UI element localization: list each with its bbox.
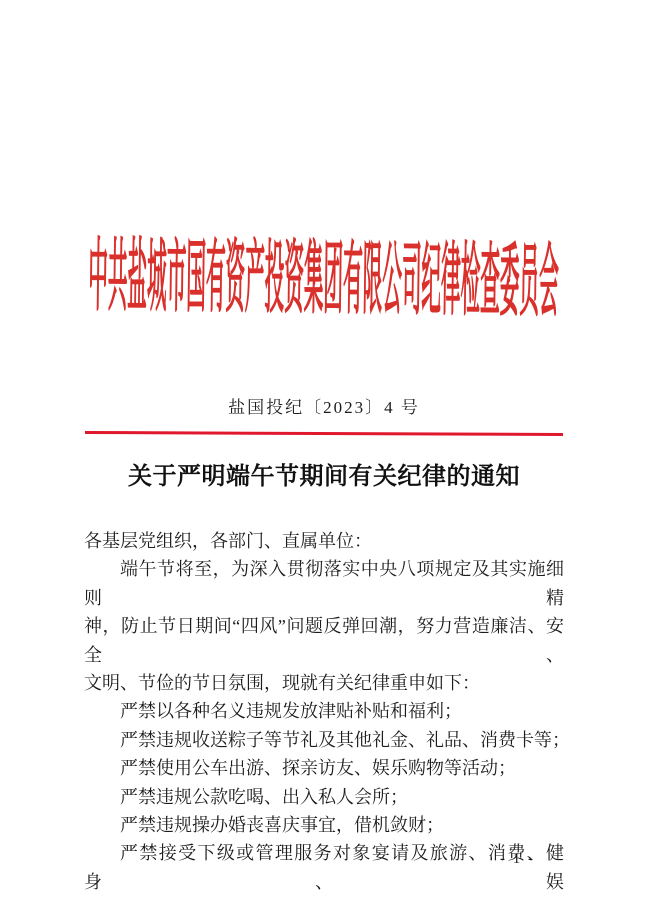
body-line-rule-1: 严禁以各种名义违规发放津贴补贴和福利；	[84, 697, 564, 725]
red-separator-line	[85, 431, 563, 436]
body-line-salutation: 各基层党组织，各部门、直属单位：	[84, 527, 564, 555]
body-line-rule-5: 严禁违规操办婚丧喜庆事宜，借机敛财；	[84, 811, 564, 839]
letterhead-title: 中共盐城市国有资产投资集团有限公司纪律检查委员会	[88, 235, 559, 325]
body-line: 文明、节俭的节日氛围，现就有关纪律重申如下：	[84, 669, 564, 697]
letterhead-banner: 中共盐城市国有资产投资集团有限公司纪律检查委员会	[0, 238, 648, 326]
document-page: 中共盐城市国有资产投资集团有限公司纪律检查委员会 盐国投纪〔2023〕4 号 关…	[0, 0, 648, 916]
body-line-rule-6: 严禁接受下级或管理服务对象宴请及旅游、消费、健身、娱	[84, 839, 564, 896]
body-line-rule-4: 严禁违规公款吃喝、出入私人会所；	[84, 783, 564, 811]
body-line: 神，防止节日期间“四风”问题反弹回潮，努力营造廉洁、安全、	[84, 612, 564, 669]
document-number: 盐国投纪〔2023〕4 号	[0, 397, 648, 419]
body-line-rule-2: 严禁违规收送粽子等节礼及其他礼金、礼品、消费卡等；	[84, 726, 564, 754]
body-line-rule-3: 严禁使用公车出游、探亲访友、娱乐购物等活动；	[84, 754, 564, 782]
page-number: - 1 -	[500, 849, 535, 869]
document-title: 关于严明端午节期间有关纪律的通知	[0, 461, 648, 493]
document-body: 各基层党组织，各部门、直属单位： 端午节将至，为深入贯彻落实中央八项规定及其实施…	[84, 527, 564, 896]
body-line: 端午节将至，为深入贯彻落实中央八项规定及其实施细则精	[84, 555, 564, 612]
